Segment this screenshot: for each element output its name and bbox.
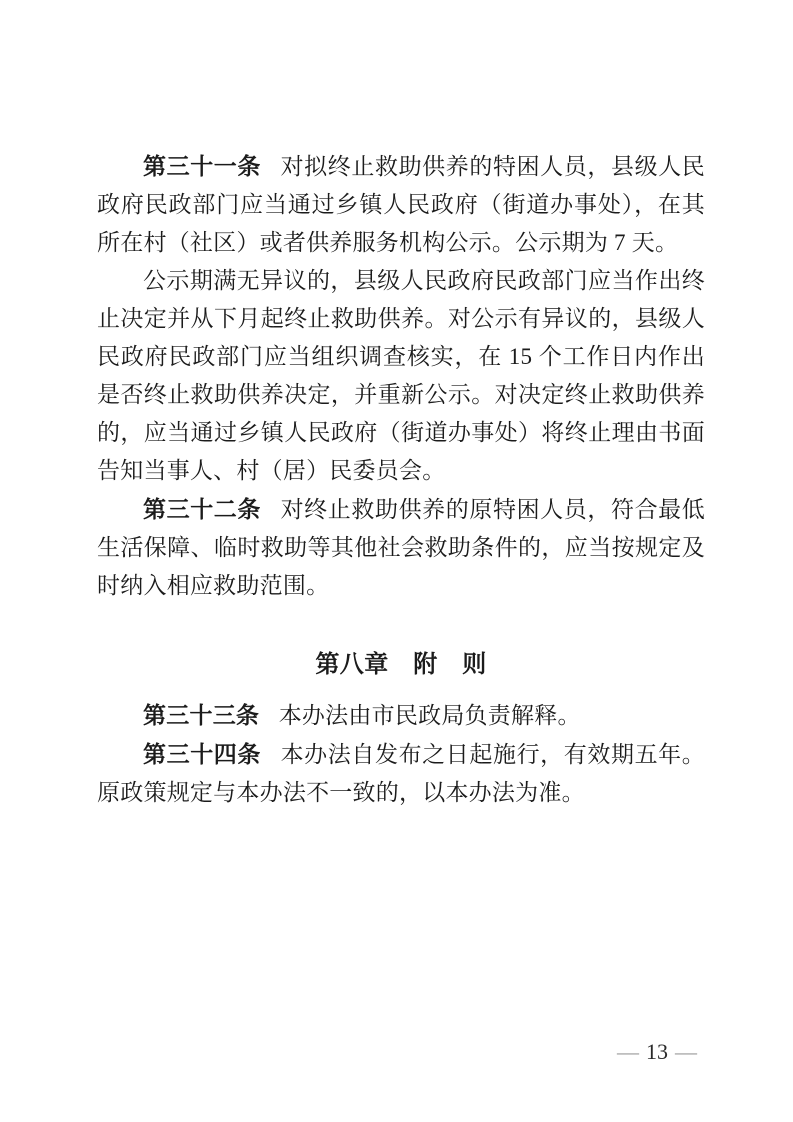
paragraph-article-31-continued: 公示期满无异议的，县级人民政府民政部门应当作出终止决定并从下月起终止救助供养。对… [97,262,705,490]
page-number: 13 [646,1040,668,1064]
paragraph-article-32: 第三十二条对终止救助供养的原特困人员，符合最低生活保障、临时救助等其他社会救助条… [97,490,705,605]
document-page: 第三十一条对拟终止救助供养的特困人员，县级人民政府民政部门应当通过乡镇人民政府（… [0,0,793,1122]
document-body: 第三十一条对拟终止救助供养的特困人员，县级人民政府民政部门应当通过乡镇人民政府（… [97,0,705,812]
paragraph-article-33: 第三十三条本办法由市民政局负责解释。 [97,696,705,735]
paragraph-article-34: 第三十四条本办法自发布之日起施行，有效期五年。原政策规定与本办法不一致的，以本办… [97,735,705,812]
page-footer: — 13 — [617,1040,697,1064]
article-32-number: 第三十二条 [143,496,261,522]
page-number-dash-right: — [675,1040,697,1064]
article-33-text: 本办法由市民政局负责解释。 [279,703,581,728]
page-number-dash-left: — [617,1040,639,1064]
article-33-number: 第三十三条 [143,702,259,728]
article-31-continued-text: 公示期满无异议的，县级人民政府民政部门应当作出终止决定并从下月起终止救助供养。对… [97,268,705,483]
chapter-8-heading: 第八章 附 则 [97,646,705,684]
article-34-number: 第三十四条 [143,741,261,767]
article-31-number: 第三十一条 [143,153,261,179]
paragraph-article-31: 第三十一条对拟终止救助供养的特困人员，县级人民政府民政部门应当通过乡镇人民政府（… [97,147,705,262]
